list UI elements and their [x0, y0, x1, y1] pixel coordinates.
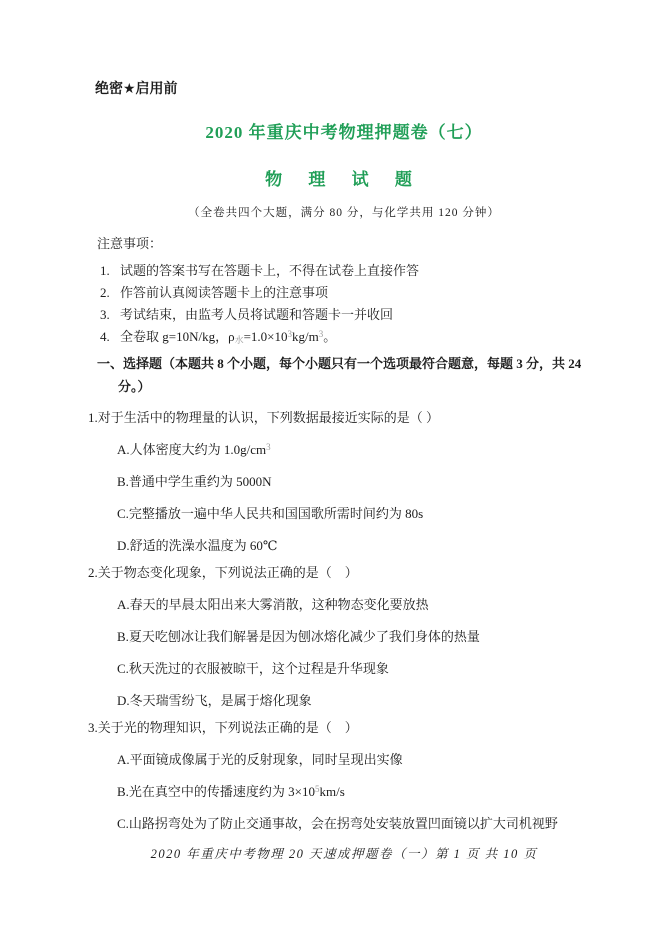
- section-heading-line2: 分。）: [97, 375, 600, 398]
- page-footer: 2020 年重庆中考物理 20 天速成押题卷（一）第 1 页 共 10 页: [88, 847, 600, 862]
- question-3: 3.关于光的物理知识，下列说法正确的是（ ） A.平面镜成像属于光的反射现象，同…: [88, 720, 600, 831]
- page-subtitle: 物 理 试 题: [88, 170, 600, 190]
- exam-paper-page: 绝密★启用前 2020 年重庆中考物理押题卷（七） 物 理 试 题 （全卷共四个…: [0, 0, 658, 932]
- notice-item-number: 2.: [100, 284, 120, 301]
- notice-item-number: 1.: [100, 262, 120, 279]
- question-stem: 3.关于光的物理知识，下列说法正确的是（ ）: [88, 720, 600, 735]
- option-d: D.舒适的洗澡水温度为 60℃: [117, 538, 600, 553]
- option-c: C.山路拐弯处为了防止交通事故，会在拐弯处安装放置凹面镜以扩大司机视野: [117, 816, 600, 831]
- notice-item: 2. 作答前认真阅读答题卡上的注意事项: [100, 284, 600, 301]
- question-2: 2.关于物态变化现象，下列说法正确的是（ ） A.春天的早晨太阳出来大雾消散，这…: [88, 565, 600, 708]
- notice-item-number: 4.: [100, 328, 120, 345]
- exam-meta-line: （全卷共四个大题，满分 80 分，与化学共用 120 分钟）: [88, 205, 600, 221]
- section-heading-line1: 一、选择题（本题共 8 个小题，每个小题只有一个选项最符合题意，每题 3 分，共…: [97, 352, 600, 375]
- notice-item-number: 3.: [100, 306, 120, 323]
- notice-heading: 注意事项：: [97, 236, 600, 252]
- question-stem: 1.对于生活中的物理量的认识，下列数据最接近实际的是（ ）: [88, 410, 600, 425]
- notice-item-text: 考试结束，由监考人员将试题和答题卡一并收回: [120, 306, 393, 323]
- option-b: B.夏天吃刨冰让我们解暑是因为刨冰熔化减少了我们身体的热量: [117, 629, 600, 644]
- option-b: B.光在真空中的传播速度约为 3×105km/s: [117, 784, 600, 799]
- notice-list: 1. 试题的答案书写在答题卡上，不得在试卷上直接作答 2. 作答前认真阅读答题卡…: [88, 262, 600, 345]
- option-a: A.人体密度大约为 1.0g/cm3: [117, 442, 600, 457]
- option-a: A.春天的早晨太阳出来大雾消散，这种物态变化要放热: [117, 597, 600, 612]
- option-d: D.冬天瑞雪纷飞，是属于熔化现象: [117, 693, 600, 708]
- notice-item: 1. 试题的答案书写在答题卡上，不得在试卷上直接作答: [100, 262, 600, 279]
- notice-item-text: 试题的答案书写在答题卡上，不得在试卷上直接作答: [120, 262, 419, 279]
- option-c: C.秋天洗过的衣服被晾干，这个过程是升华现象: [117, 661, 600, 676]
- section-heading-choice-questions: 一、选择题（本题共 8 个小题，每个小题只有一个选项最符合题意，每题 3 分，共…: [97, 352, 600, 398]
- page-content: 绝密★启用前 2020 年重庆中考物理押题卷（七） 物 理 试 题 （全卷共四个…: [0, 0, 658, 862]
- notice-item: 3. 考试结束，由监考人员将试题和答题卡一并收回: [100, 306, 600, 323]
- option-c: C.完整播放一遍中华人民共和国国歌所需时间约为 80s: [117, 506, 600, 521]
- question-stem: 2.关于物态变化现象，下列说法正确的是（ ）: [88, 565, 600, 580]
- secrecy-label: 绝密★启用前: [95, 80, 600, 96]
- option-b: B.普通中学生重约为 5000N: [117, 474, 600, 489]
- notice-item: 4. 全卷取 g=10N/kg，ρ水=1.0×103kg/m3。: [100, 328, 600, 345]
- question-1: 1.对于生活中的物理量的认识，下列数据最接近实际的是（ ） A.人体密度大约为 …: [88, 410, 600, 553]
- page-title: 2020 年重庆中考物理押题卷（七）: [88, 121, 600, 145]
- notice-item-text: 作答前认真阅读答题卡上的注意事项: [120, 284, 328, 301]
- option-a: A.平面镜成像属于光的反射现象，同时呈现出实像: [117, 752, 600, 767]
- notice-item-text: 全卷取 g=10N/kg，ρ水=1.0×103kg/m3。: [120, 328, 336, 345]
